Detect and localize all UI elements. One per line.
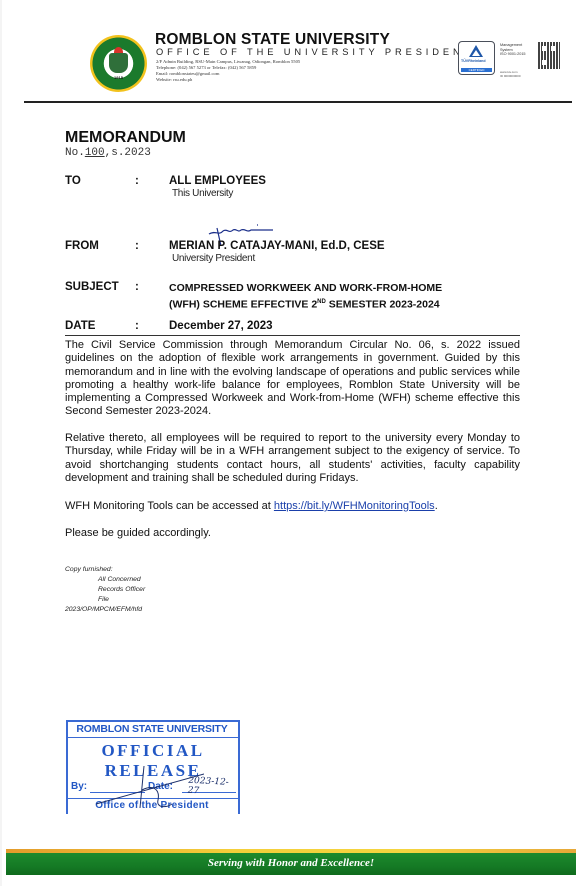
subject-ordinal: ND [317, 299, 326, 305]
footer-motto: Serving with Honor and Excellence! [208, 857, 374, 869]
date-value: December 27, 2023 [169, 319, 273, 333]
memo-page: 1915 ROMBLON STATE UNIVERSITY OFFICE OF … [2, 0, 579, 886]
stamp-by-label: By: [71, 781, 87, 792]
tuv-certified-bar: CERTIFIED [461, 68, 492, 72]
subject-line-2: (WFH) SCHEME EFFECTIVE 2ND SEMESTER 2023… [169, 295, 442, 312]
memo-title: MEMORANDUM [65, 129, 186, 147]
iso-system-text: Management System ISO 9001:2015 [500, 43, 526, 57]
initials-signature-icon [94, 760, 204, 810]
subject-label: SUBJECT [65, 281, 119, 293]
copy-furnished-block: Copy furnished: All Concerned Records Of… [65, 565, 145, 615]
shield-icon [109, 53, 128, 73]
body-paragraph-3: WFH Monitoring Tools can be accessed at … [65, 500, 520, 513]
iso-line: ISO 9001:2015 [500, 52, 526, 57]
from-colon: : [135, 240, 139, 252]
cc-recipient: All Concerned [65, 575, 145, 585]
memo-series: ,s.2023 [105, 147, 151, 159]
subject-value: COMPRESSED WORKWEEK AND WORK-FROM-HOME (… [169, 281, 442, 312]
body-paragraph-2: Relative thereto, all employees will be … [65, 432, 520, 485]
stamp-university: ROMBLON STATE UNIVERSITY [66, 723, 238, 738]
body-paragraph-1: The Civil Service Commission through Mem… [65, 339, 520, 419]
tuv-label: TÜVRheinland [461, 59, 486, 63]
memo-number-prefix: No. [65, 147, 85, 159]
website-line: Website: rsu.edu.ph [156, 77, 300, 83]
cert-line: ID 9000000000 [500, 75, 521, 79]
cc-recipient: File [65, 595, 145, 605]
to-label: TO [65, 175, 81, 187]
body-paragraph-4: Please be guided accordingly. [65, 527, 520, 540]
from-value: MERIAN P. CATAJAY-MANI, Ed.D, CESE [169, 239, 385, 253]
paragraph-3-text: WFH Monitoring Tools can be accessed at [65, 500, 274, 512]
footer-motto-band: Serving with Honor and Excellence! [6, 853, 576, 875]
to-colon: : [135, 175, 139, 187]
date-divider [65, 335, 520, 336]
qr-code-icon [538, 42, 560, 69]
cert-id-text: www.tuv.com ID 9000000000 [500, 71, 521, 78]
from-label: FROM [65, 240, 99, 252]
cc-recipient: Records Officer [65, 585, 145, 595]
header-divider [24, 101, 572, 103]
subject-colon: : [135, 281, 139, 293]
subject-line-1: COMPRESSED WORKWEEK AND WORK-FROM-HOME [169, 281, 442, 295]
copy-furnished-label: Copy furnished: [65, 566, 113, 573]
university-seal-logo: 1915 [90, 35, 147, 92]
memo-number: No.100,s.2023 [65, 147, 151, 159]
paragraph-3-period: . [435, 500, 438, 512]
address-block: 2/F Admin Building, RSU-Main Campus, Liw… [156, 59, 300, 83]
subject-line-2-post: SEMESTER 2023-2024 [326, 299, 440, 311]
date-label: DATE [65, 320, 95, 332]
tuv-triangle-inner [472, 50, 480, 56]
office-name: OFFICE OF THE UNIVERSITY PRESIDENT [156, 47, 473, 57]
reference-code: 2023/OP/MPCM/EFM/hfd [65, 606, 142, 613]
seal-year: 1915 [110, 75, 127, 80]
to-sub: This University [172, 188, 233, 199]
to-value: ALL EMPLOYEES [169, 174, 266, 188]
from-sub: University President [172, 253, 255, 264]
tuv-certification-badge: TÜVRheinland CERTIFIED [458, 41, 495, 75]
subject-line-2-pre: (WFH) SCHEME EFFECTIVE 2 [169, 299, 317, 311]
date-colon: : [135, 320, 139, 332]
wfh-monitoring-tools-link[interactable]: https://bit.ly/WFHMonitoringTools [274, 500, 435, 512]
official-release-stamp: ROMBLON STATE UNIVERSITY OFFICIAL RELEAS… [66, 720, 238, 815]
iso-line: Management [500, 43, 526, 48]
memo-number-value: 100 [85, 147, 105, 159]
